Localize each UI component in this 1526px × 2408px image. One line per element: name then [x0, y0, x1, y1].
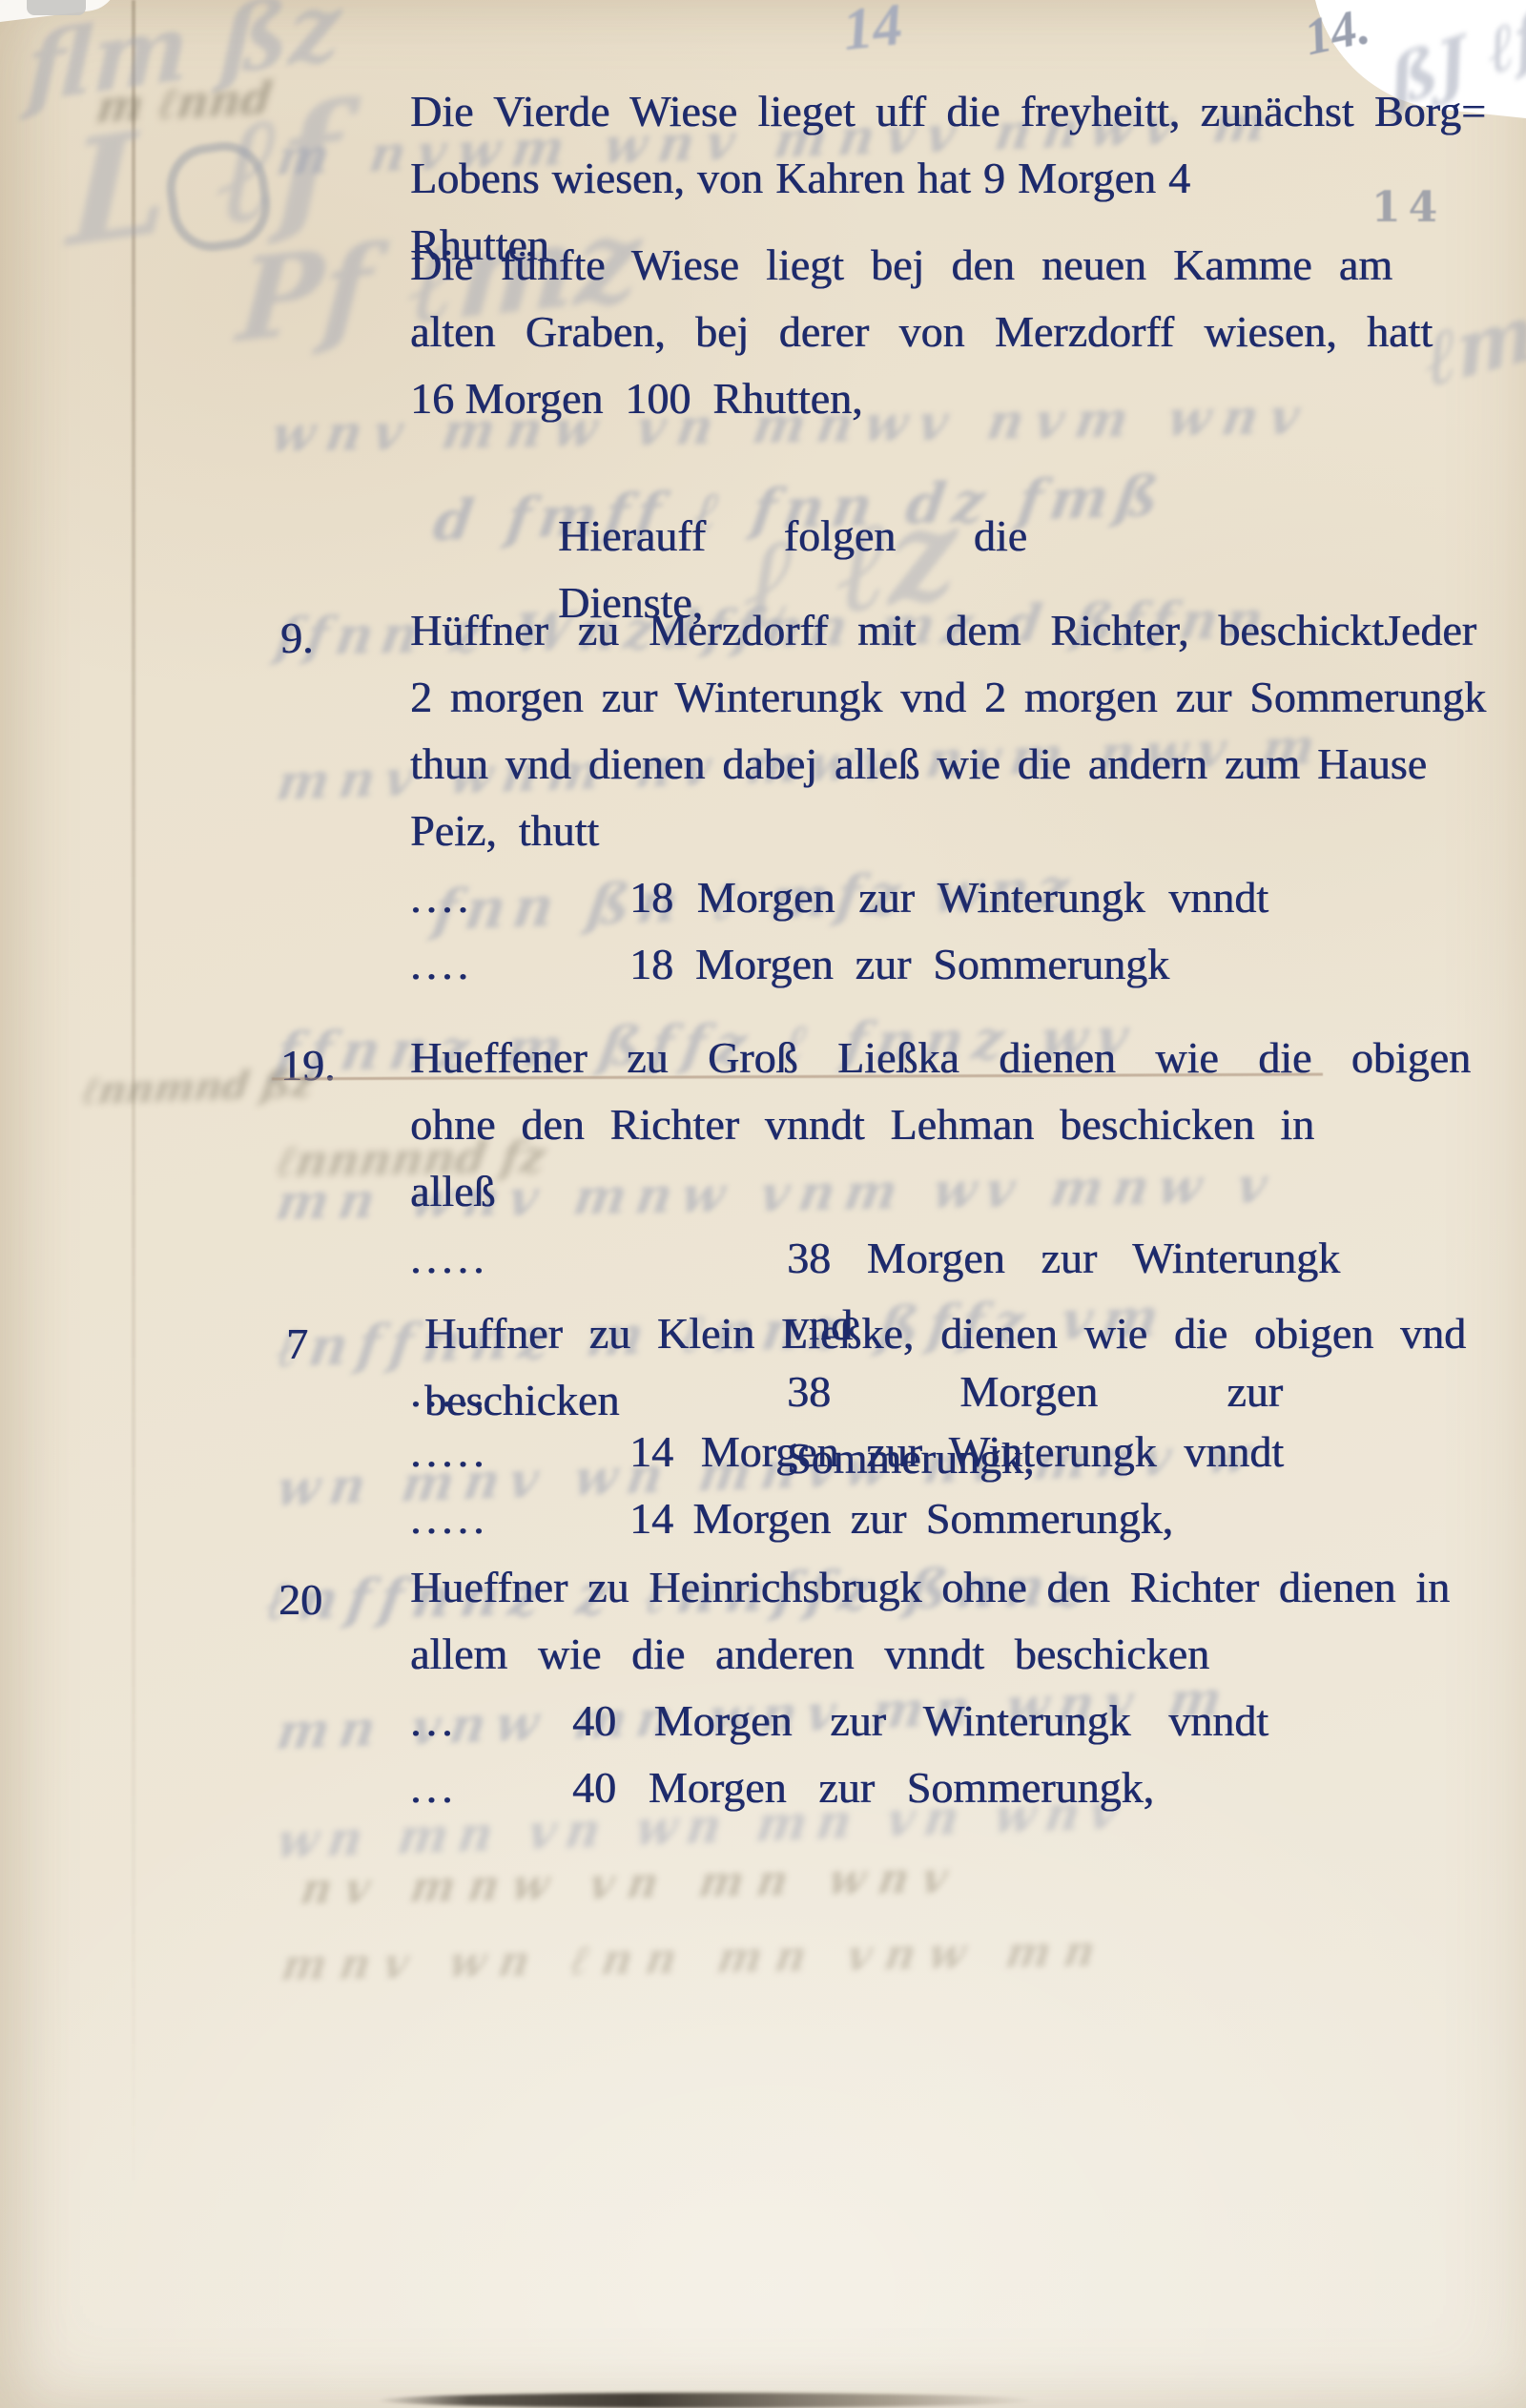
service-item-20: Hueffner zu Heinrichsbrugk ohne den Rich…	[410, 1554, 1450, 1821]
handwriting-flourish: flm ßz	[25, 0, 342, 124]
text-line: thun vnd dienen dabej alleß wie die ande…	[410, 731, 1427, 798]
document-scan: flm ßzßJ ℓfzm nvwm wnv mnvv nnwv mL ℓfPf…	[0, 0, 1526, 2408]
amount-entry: .... 18 Morgen zur Winterungk vnndt	[410, 864, 1486, 931]
text-line: Hueffner zu Heinrichsbrugk ohne den Rich…	[410, 1554, 1450, 1621]
service-item-7: Huffner zu Klein Ließke, dienen wie die …	[410, 1300, 1466, 1552]
entry-text: 14 Morgen zur Sommerungk,	[629, 1485, 1173, 1552]
item-number: 9.	[280, 605, 314, 672]
text-line: Die fünfte Wiese liegt bej den neuen Kam…	[410, 232, 1392, 299]
handwriting-flourish: m ℓnnd	[93, 72, 275, 133]
handwriting-flourish: L ℓf	[66, 72, 342, 280]
amount-entry: .... 18 Morgen zur Sommerungk	[410, 931, 1486, 998]
handwritten-mark: 14	[839, 0, 905, 65]
service-item-9: Hüffner zu Merzdorff mit dem Richter, be…	[410, 597, 1486, 998]
text-line: 2 morgen zur Winterungk vnd 2 morgen zur…	[410, 664, 1486, 731]
amount-entry: ..... 14 Morgen zur Winterungk vnndt	[410, 1419, 1466, 1485]
leader-dots: ....	[410, 931, 629, 998]
leader-dots: ...	[410, 1688, 572, 1754]
paragraph-block: Die fünfte Wiese liegt bej den neuen Kam…	[410, 232, 1433, 432]
text-line: Hüffner zu Merzdorff mit dem Richter, be…	[410, 597, 1476, 664]
item-number: 20	[278, 1567, 322, 1633]
entry-text: 40 Morgen zur Winterungk vnndt	[572, 1688, 1268, 1754]
leader-dots: .....	[410, 1485, 629, 1552]
handwriting-flourish: mnv wn ℓnn mn vnw mn	[278, 1927, 1112, 1990]
item-number: 19.	[280, 1032, 336, 1099]
entry-text: 14 Morgen zur Winterungk vnndt	[629, 1419, 1284, 1485]
text-line: allem wie die anderen vnndt beschicken	[410, 1621, 1209, 1688]
leader-dots: ...	[410, 1754, 572, 1821]
handwriting-flourish: nv mnw vn mn wnv	[298, 1854, 964, 1914]
bottom-edge-shadow	[377, 2393, 1035, 2408]
text-line: alten Graben, bej derer von Merzdorff wi…	[410, 299, 1433, 365]
entry-text: 18 Morgen zur Sommerungk	[629, 931, 1169, 998]
text-line: 16 Morgen 100 Rhutten,	[410, 365, 1433, 432]
text-line: Peiz, thutt	[410, 798, 1486, 864]
leader-dots: .....	[410, 1419, 629, 1485]
text-line: ohne den Richter vnndt Lehman beschicken…	[410, 1091, 1314, 1225]
entry-text: 18 Morgen zur Winterungk vnndt	[629, 864, 1268, 931]
leader-dots: ....	[410, 864, 629, 931]
text-line: Die Vierde Wiese lieget uff die freyheit…	[410, 78, 1486, 145]
entry-text: 40 Morgen zur Sommerungk,	[572, 1754, 1154, 1821]
text-line: Hueffener zu Groß Ließka dienen wie die …	[410, 1025, 1471, 1091]
amount-entry: ... 40 Morgen zur Winterungk vnndt	[410, 1688, 1450, 1754]
amount-entry: ..... 14 Morgen zur Sommerungk,	[410, 1485, 1466, 1552]
amount-entry: ... 40 Morgen zur Sommerungk,	[410, 1754, 1450, 1821]
item-number: 7	[286, 1311, 308, 1378]
text-line: Huffner zu Klein Ließke, dienen wie die …	[424, 1300, 1466, 1367]
